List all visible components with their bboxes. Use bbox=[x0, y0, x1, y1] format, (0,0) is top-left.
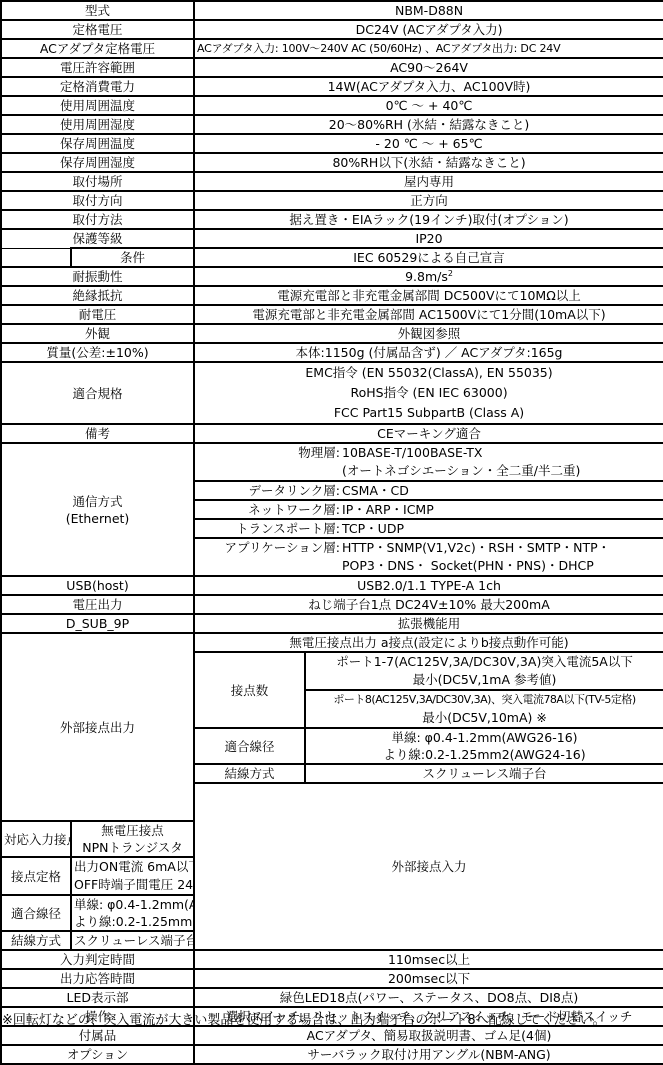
comm-layer-application: アプリケーション層:HTTP・SNMP(V1,V2c)・RSH・SMTP・NTP… bbox=[194, 538, 663, 576]
standard-fcc: FCC Part15 SubpartB (Class A) bbox=[197, 403, 661, 423]
value-operating-temp: 0℃ ～ + 40℃ bbox=[194, 96, 663, 115]
layer-key: 物理層: bbox=[197, 444, 340, 462]
layer-value: CSMA・CD bbox=[340, 482, 409, 499]
rating-line2: OFF時端子間電圧 24V bbox=[74, 876, 191, 894]
label-operating-temp: 使用周囲温度 bbox=[1, 96, 194, 115]
row-usb: USB(host) USB2.0/1.1 TYPE-A 1ch bbox=[1, 576, 663, 595]
value-ext-input-wiring: スクリューレス端子台 bbox=[71, 931, 194, 950]
standard-rohs: RoHS指令 (EN IEC 63000) bbox=[197, 383, 661, 403]
label-ext-output-wiring: 結線方式 bbox=[194, 764, 305, 783]
value-ext-output-header: 無電圧接点出力 a接点(設定によりb接点動作可能) bbox=[194, 633, 663, 652]
value-remarks: CEマーキング適合 bbox=[194, 424, 663, 443]
value-ext-output-ports17: ポート1-7(AC125V,3A/DC30V,3A)突入電流5A以下 最小(DC… bbox=[305, 652, 663, 690]
value-led: 緑色LED18点(パワー、ステータス、DO8点、DI8点) bbox=[194, 988, 663, 1007]
wire-solid: 単線: φ0.4-1.2mm(AWG26-16) bbox=[308, 729, 661, 746]
row-standards: 適合規格 EMC指令 (EN 55032(ClassA), EN 55035) … bbox=[1, 362, 663, 424]
label-usb: USB(host) bbox=[1, 576, 194, 595]
value-storage-humidity: 80%RH以下(氷結・結露なきこと) bbox=[194, 153, 663, 172]
value-model: NBM-D88N bbox=[194, 1, 663, 20]
row-ext-output-header: 外部接点出力 無電圧接点出力 a接点(設定によりb接点動作可能) bbox=[1, 633, 663, 652]
value-ext-output-wire: 単線: φ0.4-1.2mm(AWG26-16) より線:0.2-1.25mm2… bbox=[305, 728, 663, 764]
value-insulation: 電源充電部と非充電金属部間 DC500Vにて10MΩ以上 bbox=[194, 286, 663, 305]
label-standards: 適合規格 bbox=[1, 362, 194, 424]
value-output-time: 200msec以下 bbox=[194, 969, 663, 988]
value-protection-condition: IEC 60529による自己宣言 bbox=[194, 248, 663, 267]
comm-layer-physical: 物理層:10BASE-T/100BASE-TX (オートネゴシエーション・全二重… bbox=[194, 443, 663, 481]
value-install-location: 屋内専用 bbox=[194, 172, 663, 191]
vibration-value-text: 9.8m/s bbox=[405, 269, 448, 284]
supported-line1: 無電圧接点 bbox=[74, 822, 191, 839]
layer-value: HTTP・SNMP(V1,V2c)・RSH・SMTP・NTP・ bbox=[340, 539, 610, 557]
row-led: LED表示部 緑色LED18点(パワー、ステータス、DO8点、DI8点) bbox=[1, 988, 663, 1007]
row-model: 型式 NBM-D88N bbox=[1, 1, 663, 20]
supported-line2: NPNトランジスタ bbox=[74, 839, 191, 856]
value-ext-input-rating: 出力ON電流 6mA以下/CH OFF時端子間電圧 24V bbox=[71, 857, 194, 895]
row-input-time: 入力判定時間 110msec以上 bbox=[1, 950, 663, 969]
row-operating-temp: 使用周囲温度 0℃ ～ + 40℃ bbox=[1, 96, 663, 115]
label-weight: 質量(公差:±10%) bbox=[1, 343, 194, 362]
label-appearance: 外観 bbox=[1, 324, 194, 343]
label-output-time: 出力応答時間 bbox=[1, 969, 194, 988]
port8-line1: ポート8(AC125V,3A/DC30V,3A)、突入電流78A以下(TV-5定… bbox=[308, 691, 661, 709]
label-protection: 保護等級 bbox=[1, 229, 194, 248]
label-install-direction: 取付方向 bbox=[1, 191, 194, 210]
layer-value-cont: POP3・DNS・ Socket(PHN・PNS)・DHCP bbox=[197, 557, 661, 575]
layer-value-cont: (オートネゴシエーション・全二重/半二重) bbox=[197, 462, 661, 480]
label-install-location: 取付場所 bbox=[1, 172, 194, 191]
label-ext-output-contacts: 接点数 bbox=[194, 652, 305, 728]
label-ext-output-wire: 適合線径 bbox=[194, 728, 305, 764]
value-protection: IP20 bbox=[194, 229, 663, 248]
label-voltage-output: 電圧出力 bbox=[1, 595, 194, 614]
comm-layer-datalink: データリンク層:CSMA・CD bbox=[194, 481, 663, 500]
row-storage-humidity: 保存周囲湿度 80%RH以下(氷結・結露なきこと) bbox=[1, 153, 663, 172]
label-protection-condition: 条件 bbox=[71, 248, 194, 267]
label-ext-output: 外部接点出力 bbox=[1, 633, 194, 821]
spec-table: 型式 NBM-D88N 定格電圧 DC24V (ACアダプタ入力) ACアダプタ… bbox=[0, 0, 663, 1030]
row-weight: 質量(公差:±10%) 本体:1150g (付属品含ず) ／ ACアダプタ:16… bbox=[1, 343, 663, 362]
ports17-line1: ポート1-7(AC125V,3A/DC30V,3A)突入電流5A以下 bbox=[308, 653, 661, 671]
row-appearance: 外観 外観図参照 bbox=[1, 324, 663, 343]
label-led: LED表示部 bbox=[1, 988, 194, 1007]
value-ext-output-port8: ポート8(AC125V,3A/DC30V,3A)、突入電流78A以下(TV-5定… bbox=[305, 690, 663, 728]
ports17-line2: 最小(DC5V,1mA 参考値) bbox=[308, 671, 661, 689]
value-appearance: 外観図参照 bbox=[194, 324, 663, 343]
wire-solid: 単線: φ0.4-1.2mm(AWG26-16) bbox=[74, 896, 191, 913]
value-ext-input-wire: 単線: φ0.4-1.2mm(AWG26-16) より線:0.2-1.25mm2… bbox=[71, 895, 194, 931]
footnote: ※回転灯などの、突入電流が大きい製品を使用する場合は、出力端子台のポート8へ配線… bbox=[2, 1012, 606, 1030]
label-ext-input-supported: 対応入力接点 bbox=[1, 821, 71, 857]
layer-key: データリンク層: bbox=[197, 482, 340, 499]
row-remarks: 備考 CEマーキング適合 bbox=[1, 424, 663, 443]
row-protection-condition: 条件 IEC 60529による自己宣言 bbox=[1, 248, 663, 267]
comm-layer-network: ネットワーク層:IP・ARP・ICMP bbox=[194, 500, 663, 519]
row-install-method: 取付方法 据え置き・EIAラック(19インチ)取付(オプション) bbox=[1, 210, 663, 229]
layer-value: TCP・UDP bbox=[340, 520, 404, 537]
value-weight: 本体:1150g (付属品含ず) ／ ACアダプタ:165g bbox=[194, 343, 663, 362]
label-voltage-range: 電圧許容範囲 bbox=[1, 58, 194, 77]
value-voltage-range: AC90～264V bbox=[194, 58, 663, 77]
row-protection: 保護等級 IP20 bbox=[1, 229, 663, 248]
wire-stranded: より線:0.2-1.25mm2(AWG24-16) bbox=[74, 913, 191, 930]
label-communication: 通信方式 (Ethernet) bbox=[1, 443, 194, 576]
row-install-location: 取付場所 屋内専用 bbox=[1, 172, 663, 191]
label-dsub: D_SUB_9P bbox=[1, 614, 194, 633]
row-insulation: 絶縁抵抗 電源充電部と非充電金属部間 DC500Vにて10MΩ以上 bbox=[1, 286, 663, 305]
value-usb: USB2.0/1.1 TYPE-A 1ch bbox=[194, 576, 663, 595]
row-withstand: 耐電圧 電源充電部と非充電金属部間 AC1500Vにて1分間(10mA以下) bbox=[1, 305, 663, 324]
value-voltage-output: ねじ端子台1点 DC24V±10% 最大200mA bbox=[194, 595, 663, 614]
label-vibration: 耐振動性 bbox=[1, 267, 194, 286]
label-rated-power: 定格消費電力 bbox=[1, 77, 194, 96]
row-dsub: D_SUB_9P 拡張機能用 bbox=[1, 614, 663, 633]
label-adapter-voltage: ACアダプタ定格電圧 bbox=[1, 39, 194, 58]
row-storage-temp: 保存周囲温度 - 20 ℃ ～ + 65℃ bbox=[1, 134, 663, 153]
wire-stranded: より線:0.2-1.25mm2(AWG24-16) bbox=[308, 746, 661, 763]
label-input-time: 入力判定時間 bbox=[1, 950, 194, 969]
layer-key: アプリケーション層: bbox=[197, 539, 340, 557]
condition-spacer bbox=[1, 248, 71, 267]
rating-line1: 出力ON電流 6mA以下/CH bbox=[74, 858, 191, 876]
label-ext-input-wiring: 結線方式 bbox=[1, 931, 71, 950]
label-withstand: 耐電圧 bbox=[1, 305, 194, 324]
row-rated-voltage: 定格電圧 DC24V (ACアダプタ入力) bbox=[1, 20, 663, 39]
row-rated-power: 定格消費電力 14W(ACアダプタ入力、AC100V時) bbox=[1, 77, 663, 96]
value-standards: EMC指令 (EN 55032(ClassA), EN 55035) RoHS指… bbox=[194, 362, 663, 424]
layer-key: ネットワーク層: bbox=[197, 501, 340, 518]
standard-emc: EMC指令 (EN 55032(ClassA), EN 55035) bbox=[197, 363, 661, 383]
label-ext-input-wire: 適合線径 bbox=[1, 895, 71, 931]
label-storage-temp: 保存周囲温度 bbox=[1, 134, 194, 153]
value-ext-output-wiring: スクリューレス端子台 bbox=[305, 764, 663, 783]
communication-label: 通信方式 bbox=[4, 493, 191, 510]
row-vibration: 耐振動性 9.8m/s2 bbox=[1, 267, 663, 286]
row-comm-physical: 通信方式 (Ethernet) 物理層:10BASE-T/100BASE-TX … bbox=[1, 443, 663, 481]
label-ext-input: 外部接点入力 bbox=[194, 783, 663, 950]
label-storage-humidity: 保存周囲湿度 bbox=[1, 153, 194, 172]
row-operating-humidity: 使用周囲湿度 20～80%RH (氷結・結露なきこと) bbox=[1, 115, 663, 134]
value-input-time: 110msec以上 bbox=[194, 950, 663, 969]
value-install-direction: 正方向 bbox=[194, 191, 663, 210]
label-install-method: 取付方法 bbox=[1, 210, 194, 229]
row-voltage-output: 電圧出力 ねじ端子台1点 DC24V±10% 最大200mA bbox=[1, 595, 663, 614]
communication-sublabel: (Ethernet) bbox=[4, 510, 191, 527]
value-install-method: 据え置き・EIAラック(19インチ)取付(オプション) bbox=[194, 210, 663, 229]
value-operating-humidity: 20～80%RH (氷結・結露なきこと) bbox=[194, 115, 663, 134]
value-rated-power: 14W(ACアダプタ入力、AC100V時) bbox=[194, 77, 663, 96]
value-storage-temp: - 20 ℃ ～ + 65℃ bbox=[194, 134, 663, 153]
label-ext-input-rating: 接点定格 bbox=[1, 857, 71, 895]
value-vibration: 9.8m/s2 bbox=[194, 267, 663, 286]
value-rated-voltage: DC24V (ACアダプタ入力) bbox=[194, 20, 663, 39]
label-insulation: 絶縁抵抗 bbox=[1, 286, 194, 305]
vibration-superscript: 2 bbox=[448, 269, 453, 278]
label-operating-humidity: 使用周囲湿度 bbox=[1, 115, 194, 134]
label-rated-voltage: 定格電圧 bbox=[1, 20, 194, 39]
comm-layer-transport: トランスポート層:TCP・UDP bbox=[194, 519, 663, 538]
value-ext-input-supported: 無電圧接点 NPNトランジスタ bbox=[71, 821, 194, 857]
value-adapter-voltage: ACアダプタ入力: 100V～240V AC (50/60Hz) 、ACアダプタ… bbox=[194, 39, 663, 58]
layer-key: トランスポート層: bbox=[197, 520, 340, 537]
row-adapter-voltage: ACアダプタ定格電圧 ACアダプタ入力: 100V～240V AC (50/60… bbox=[1, 39, 663, 58]
row-output-time: 出力応答時間 200msec以下 bbox=[1, 969, 663, 988]
label-remarks: 備考 bbox=[1, 424, 194, 443]
row-install-direction: 取付方向 正方向 bbox=[1, 191, 663, 210]
layer-value: 10BASE-T/100BASE-TX bbox=[340, 444, 482, 462]
row-voltage-range: 電圧許容範囲 AC90～264V bbox=[1, 58, 663, 77]
layer-value: IP・ARP・ICMP bbox=[340, 501, 434, 518]
label-model: 型式 bbox=[1, 1, 194, 20]
port8-line2: 最小(DC5V,10mA) ※ bbox=[308, 709, 661, 727]
value-withstand: 電源充電部と非充電金属部間 AC1500Vにて1分間(10mA以下) bbox=[194, 305, 663, 324]
value-dsub: 拡張機能用 bbox=[194, 614, 663, 633]
